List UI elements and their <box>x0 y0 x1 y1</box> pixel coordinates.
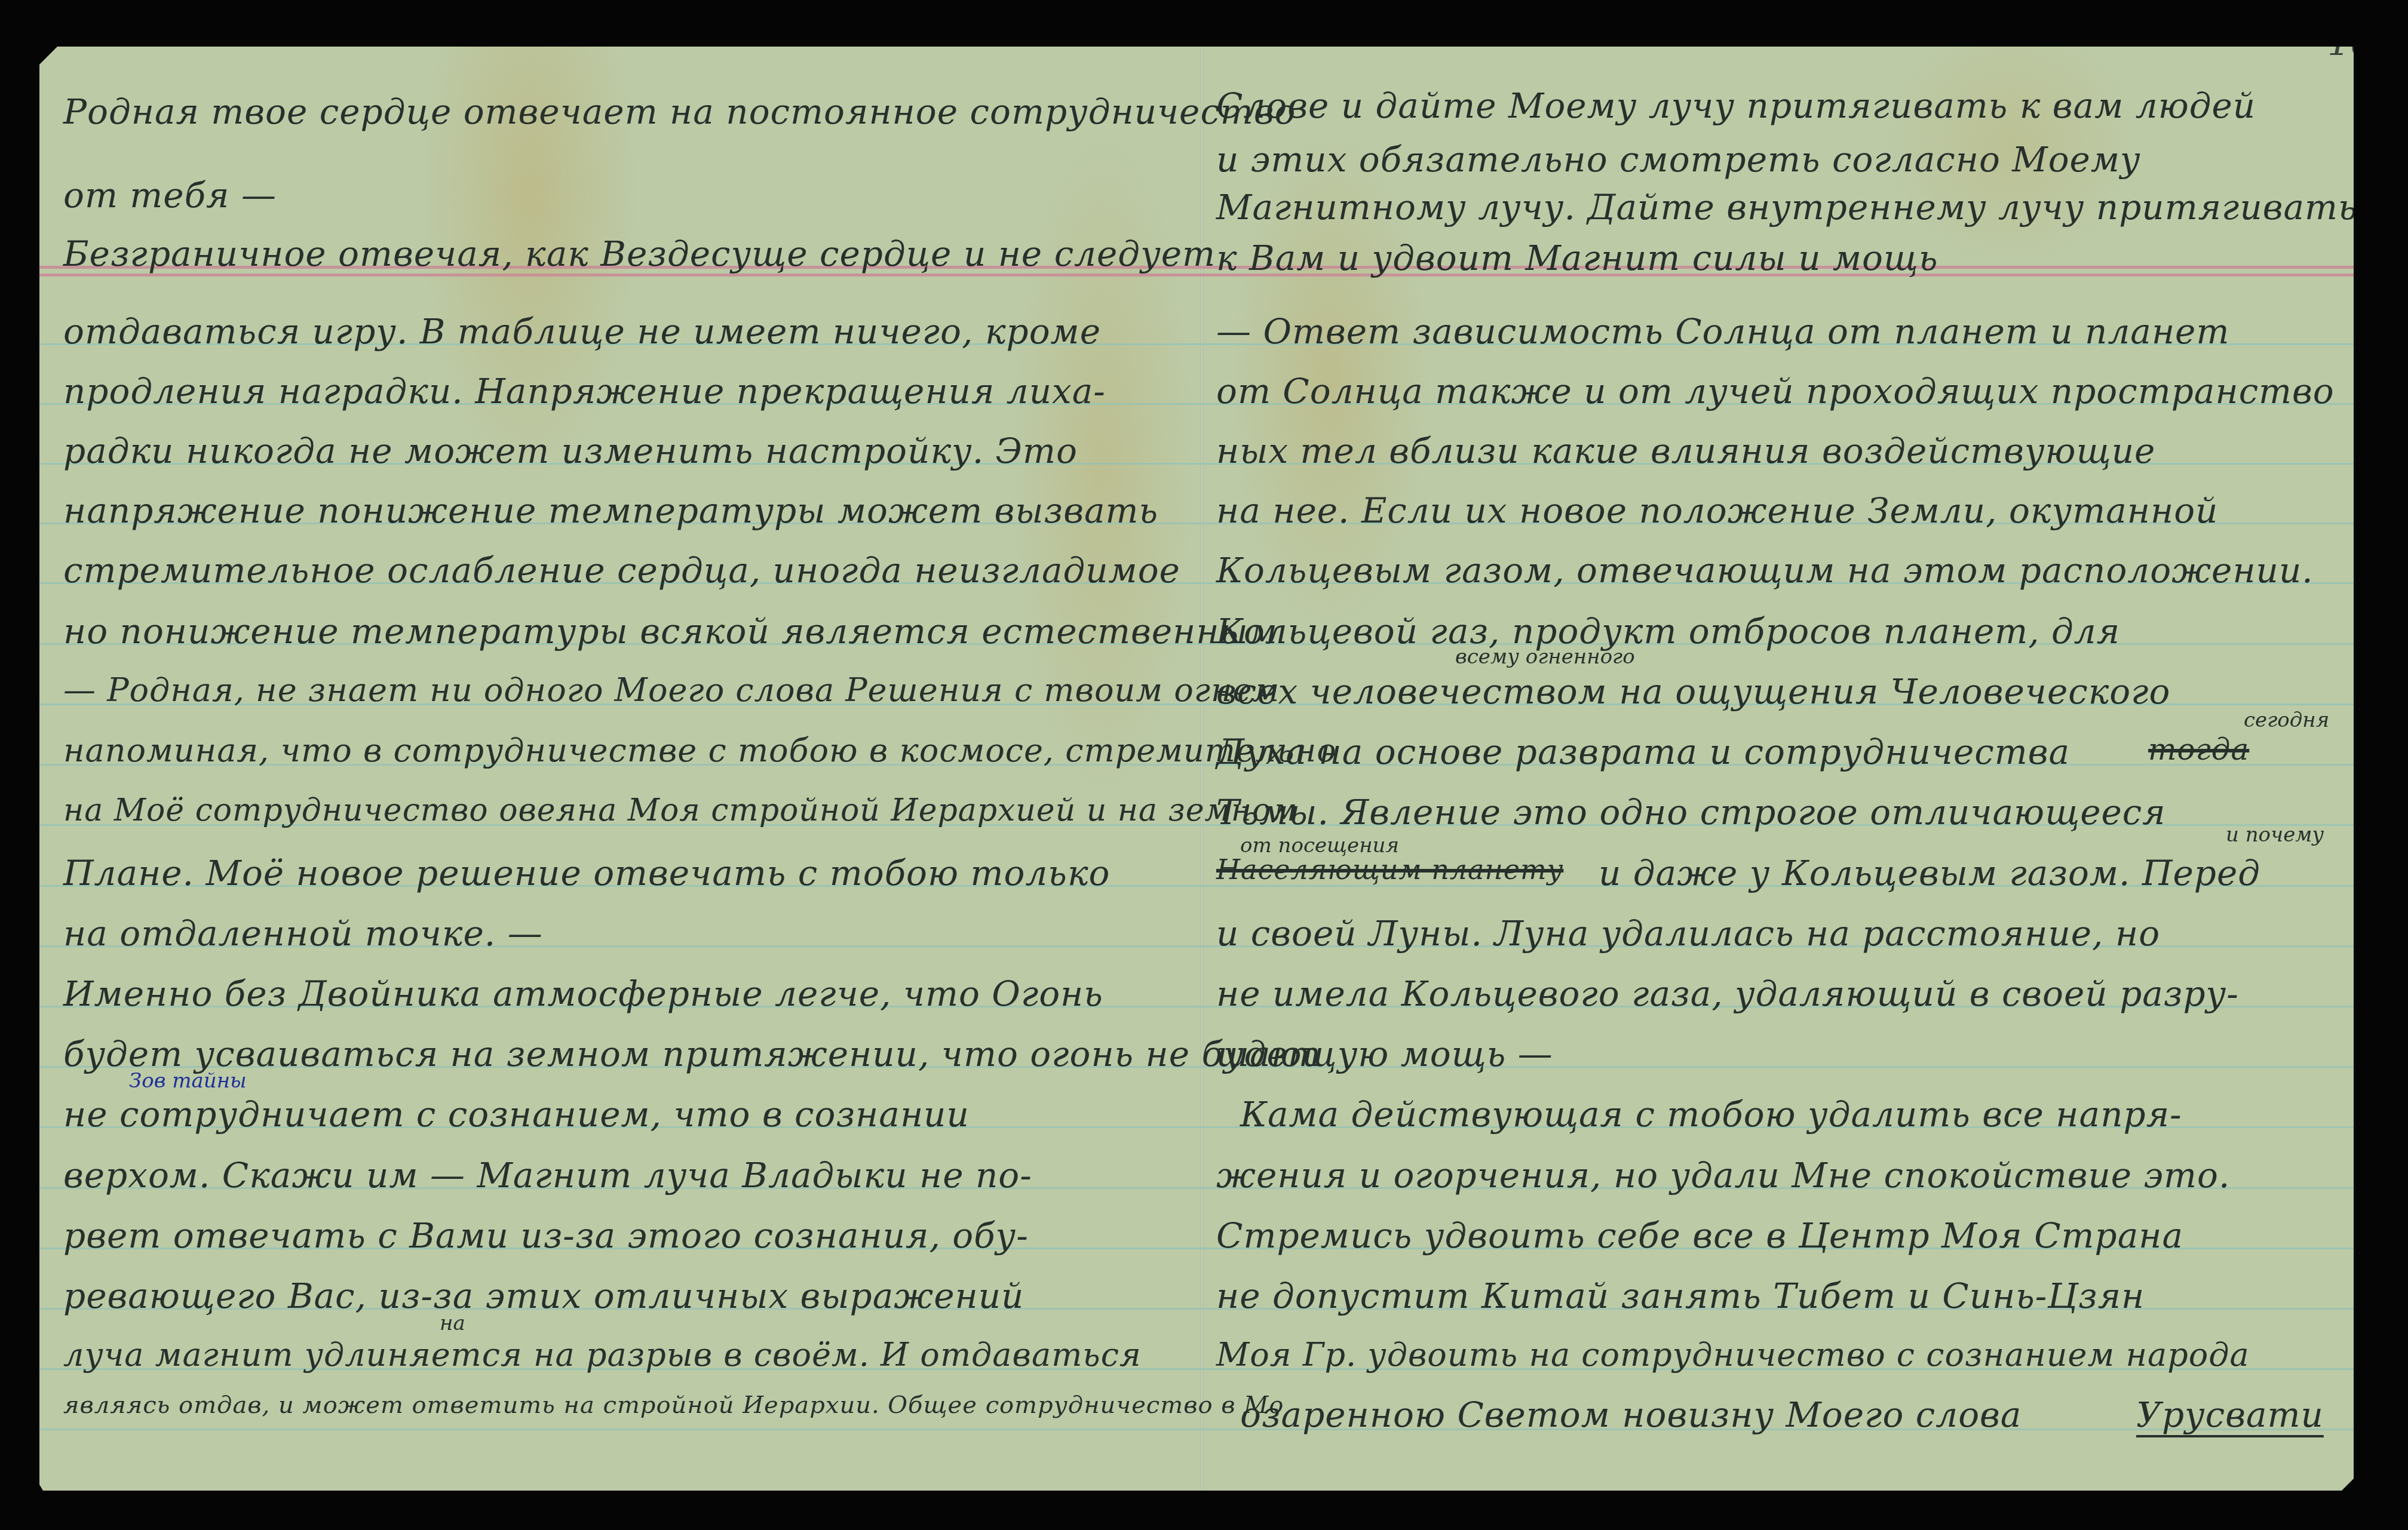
text-line: к Вам и удвоит Магнит силы и мощь <box>1216 241 1938 275</box>
text-line: на отдаленной точке. — <box>63 916 543 951</box>
text-line: не сотрудничает с сознанием, что в созна… <box>63 1097 970 1132</box>
text-line: стремительное ослабление сердца, иногда … <box>63 553 1180 588</box>
text-line: на нее. Если их новое положение Земли, о… <box>1216 493 2218 528</box>
insertion: всему огненного <box>1455 645 1635 669</box>
text-line: — Ответ зависимость Солнца от планет и п… <box>1216 314 2229 349</box>
insertion: сегодня <box>2244 708 2329 732</box>
text-line: ных тел вблизи какие влияния воздействую… <box>1216 434 2155 468</box>
text-line: отдаваться игру. В таблице не имеет ниче… <box>63 314 1101 349</box>
text-line: Духа на основе разврата и сотрудничества <box>1216 735 2070 769</box>
insertion: и почему <box>2226 823 2324 847</box>
text-line: являясь отдав, и может ответить на строй… <box>63 1393 1284 1417</box>
text-line: жения и огорчения, но удали Мне спокойст… <box>1216 1158 2230 1193</box>
text-line: радки никогда не может изменить настройк… <box>63 434 1078 468</box>
text-line: озаренною Светом новизну Моего слова <box>1240 1397 2022 1432</box>
text-line: шающую мощь — <box>1216 1037 1553 1071</box>
text-line: напряжение понижение температуры может в… <box>63 493 1158 528</box>
text-line: Моя Гр. удвоить на сотрудничество с созн… <box>1216 1339 2250 1371</box>
text-line: но понижение температуры всякой является… <box>63 614 1278 649</box>
text-line: Кольцевым газом, отвечающим на этом расп… <box>1216 553 2314 588</box>
struck-word: тогда <box>2148 735 2249 764</box>
text-line: и этих обязательно смотреть согласно Мое… <box>1216 142 2141 177</box>
text-line: всех человечеством на ощущения Человечес… <box>1216 674 2171 709</box>
page-number: 10 <box>2327 23 2373 64</box>
text-line: не допустит Китай занять Тибет и Синь-Цз… <box>1216 1279 2145 1313</box>
text-line: Безграничное отвечая, как Вездесуще серд… <box>63 236 1216 271</box>
text-line: Слове и дайте Моему лучу притягивать к в… <box>1216 88 2256 123</box>
text-line: Родная твое сердце отвечает на постоянно… <box>63 94 1296 129</box>
text-line: Плане. Моё новое решение отвечать с тобо… <box>63 856 1110 890</box>
text-line: Кама действующая с тобою удалить все нап… <box>1240 1097 2182 1132</box>
text-line: верхом. Скажи им — Магнит луча Владыки н… <box>63 1158 1032 1193</box>
blue-ink-insertion: Зов тайны <box>129 1069 247 1093</box>
manuscript-paper: 10 Родная твое сердце отвечает на постоя… <box>39 47 2354 1491</box>
text-line: Стремись удвоить себе все в Центр Моя Ст… <box>1216 1218 2183 1253</box>
text-line: луча магнит удлиняется на разрыв в своём… <box>63 1339 1142 1371</box>
text-line: напоминая, что в сотрудничестве с тобою … <box>63 735 1337 767</box>
text-line: Кольцевой газ, продукт отбросов планет, … <box>1216 614 2120 649</box>
text-line: будет усваиваться на земном притяжении, … <box>63 1037 1321 1071</box>
text-line: рвет отвечать с Вами из-за этого сознани… <box>63 1218 1029 1253</box>
text-line: — Родная, не знает ни одного Моего слова… <box>63 674 1280 706</box>
struck-words: Населяющим планету <box>1216 856 1563 883</box>
text-line: ревающего Вас, из-за этих отличных выраж… <box>63 1279 1024 1313</box>
text-line: продления наградки. Напряжение прекращен… <box>63 374 1106 408</box>
text-line: не имела Кольцевого газа, удаляющий в св… <box>1216 976 2239 1011</box>
text-line: от Солнца также и от лучей проходящих пр… <box>1216 374 2335 408</box>
left-page: Родная твое сердце отвечает на постоянно… <box>63 47 1186 1491</box>
text-line: и даже у Кольцевым газом. Перед <box>1599 856 2260 890</box>
text-line: Тьмы. Явление это одно строгое отличающе… <box>1216 795 2166 829</box>
signature: Урусвати <box>2136 1397 2324 1432</box>
text-line: на Моё сотрудничество овеяна Моя стройно… <box>63 795 1297 826</box>
text-line: и своей Луны. Луна удалилась на расстоян… <box>1216 916 2160 951</box>
right-page: Слове и дайте Моему лучу притягивать к в… <box>1216 47 2333 1491</box>
text-line: Магнитному лучу. Дайте внутреннему лучу … <box>1216 190 2358 225</box>
text-line: Именно без Двойника атмосферные легче, ч… <box>63 976 1103 1011</box>
insertion: на <box>440 1311 465 1335</box>
text-line: от тебя — <box>63 178 277 213</box>
